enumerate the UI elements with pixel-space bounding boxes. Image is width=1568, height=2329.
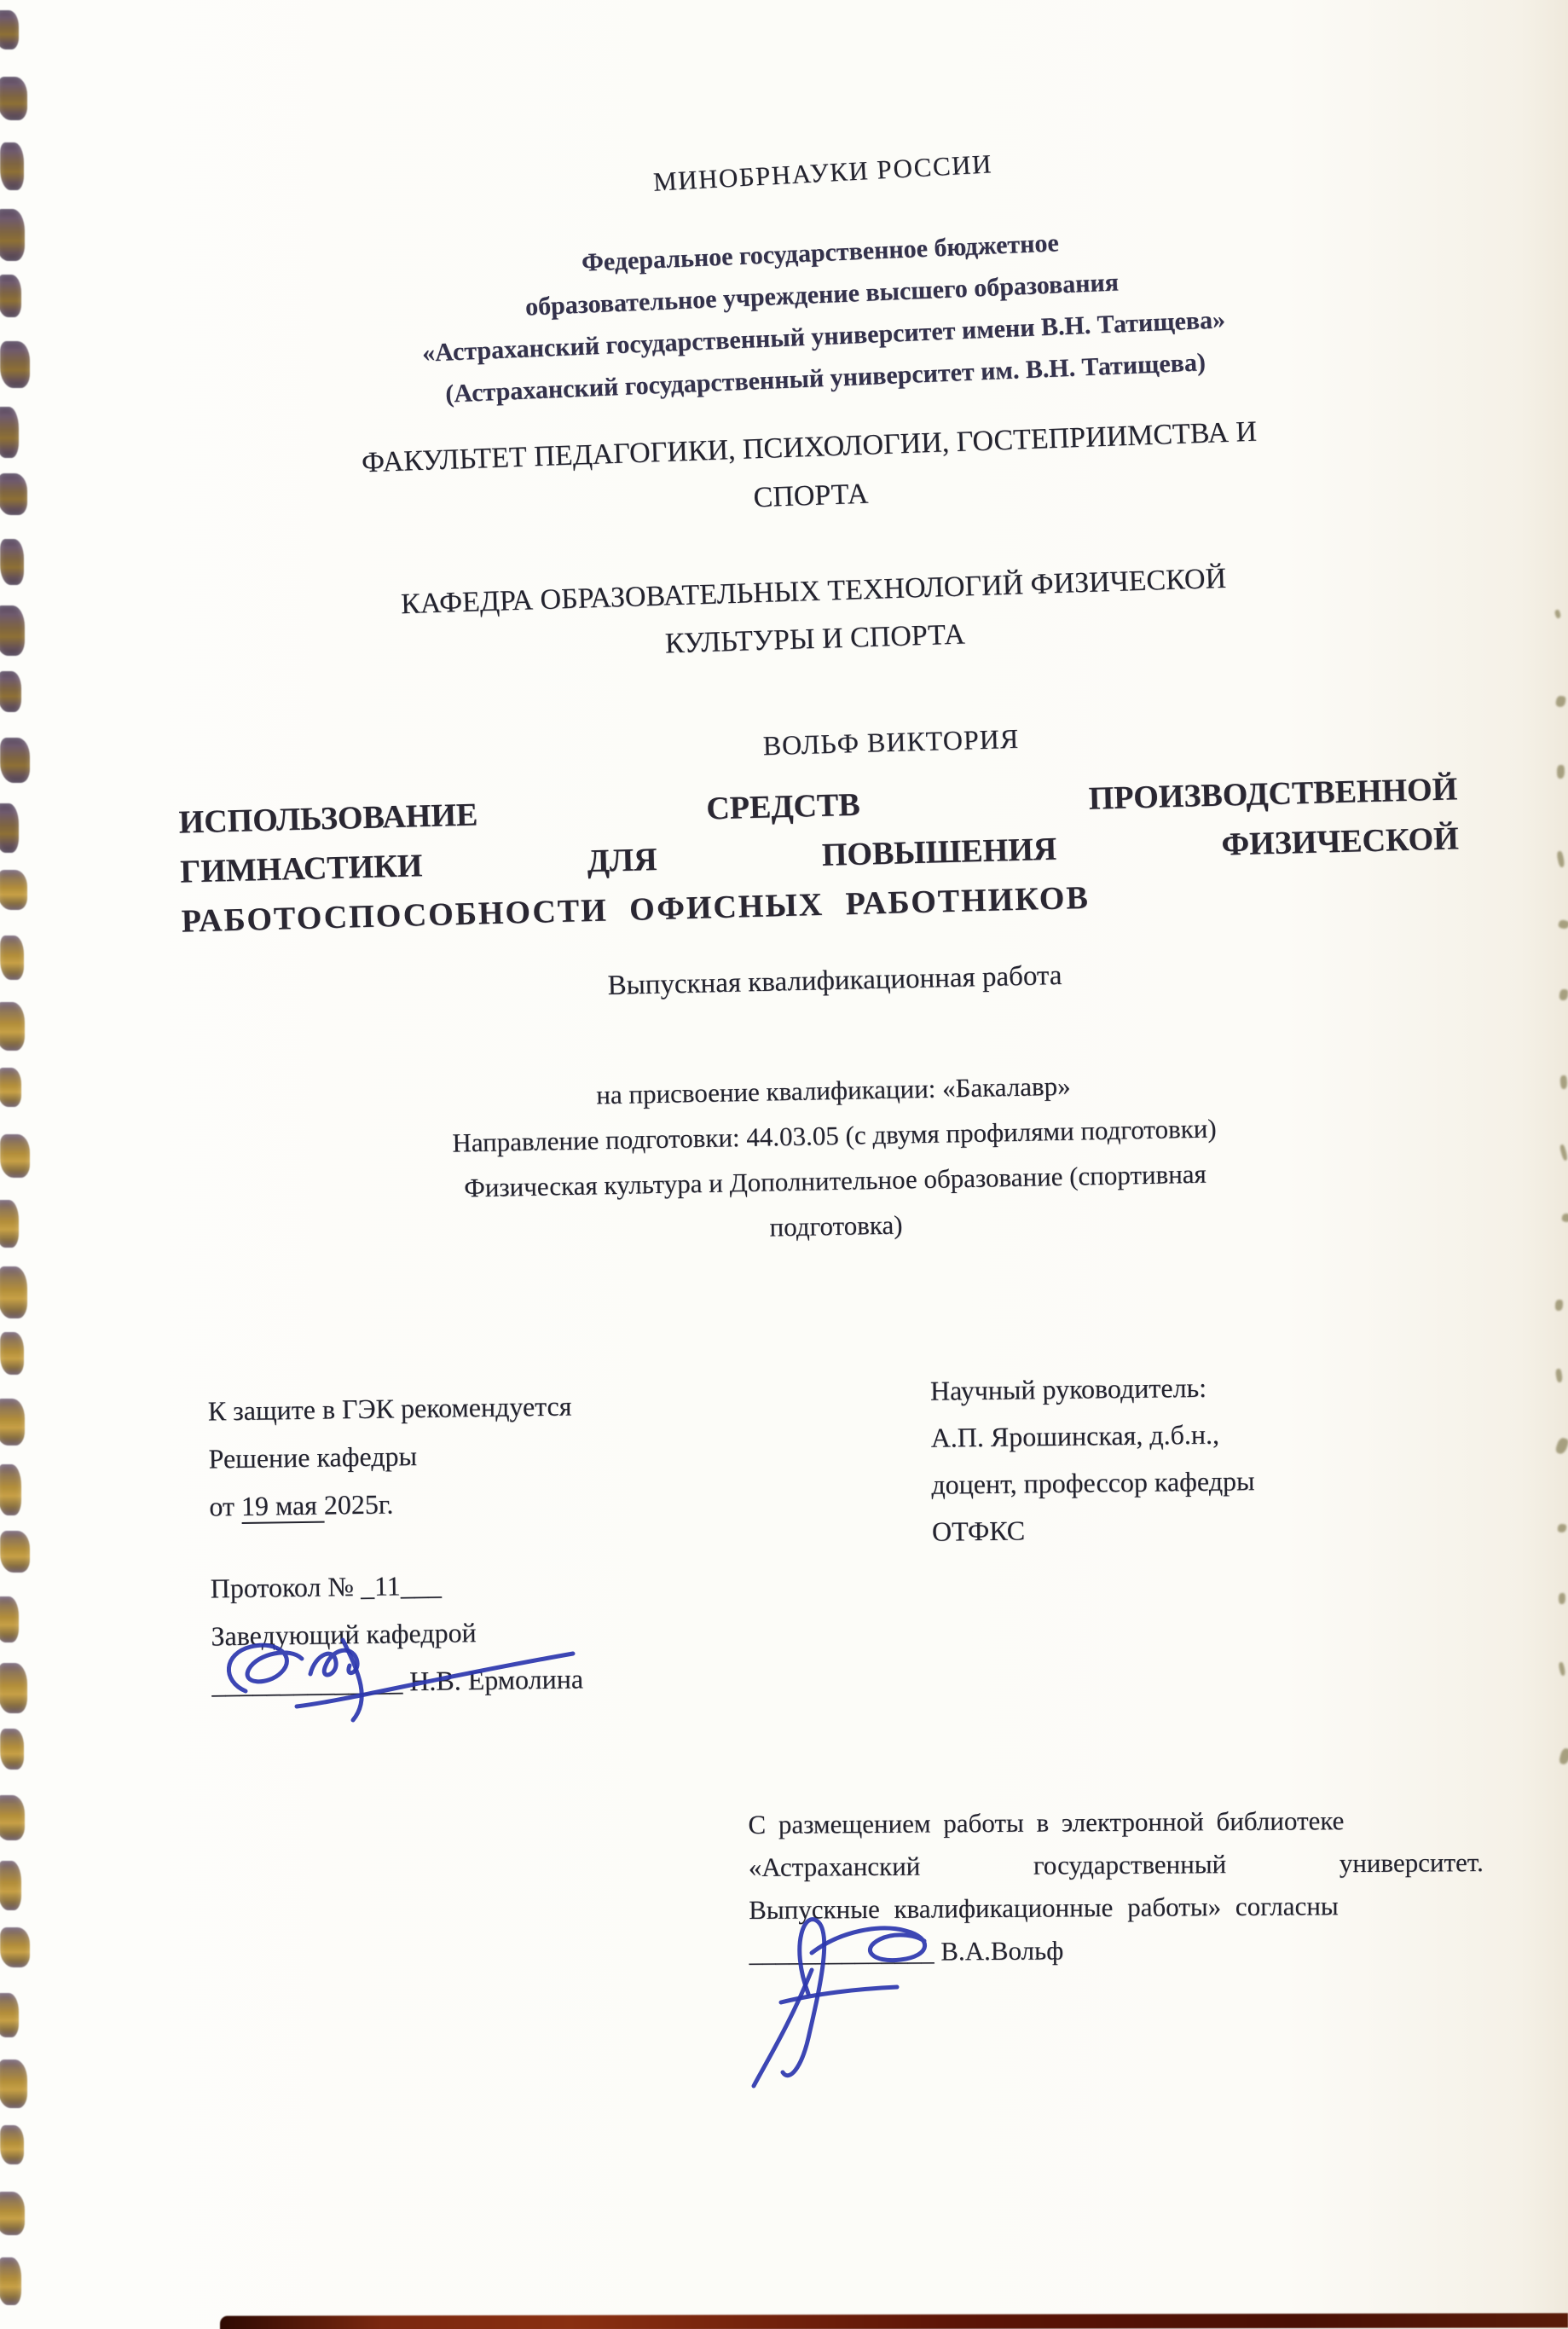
title-word: ИСПОЛЬЗОВАНИЕ xyxy=(178,790,478,847)
signature-underline: ______________ xyxy=(211,1666,402,1699)
binding-hole xyxy=(0,605,25,656)
binding-hole xyxy=(0,407,19,458)
binding-hole xyxy=(0,671,21,712)
defense-line-1: К защите в ГЭК рекомендуется xyxy=(207,1380,754,1435)
bleed-text-fragment xyxy=(1559,1075,1568,1090)
consent-sign-line: ______________ В.А.Вольф xyxy=(749,1926,1484,1974)
binding-hole xyxy=(0,1200,19,1248)
date-value: 19 мая xyxy=(241,1490,324,1524)
advisor-line-3: доцент, профессор кафедры xyxy=(931,1455,1461,1509)
bleed-text-fragment xyxy=(1557,1523,1566,1532)
defense-block: К защите в ГЭК рекомендуется Решение каф… xyxy=(207,1380,757,1708)
bleed-text-fragment xyxy=(1559,1144,1568,1162)
binding-hole xyxy=(0,209,25,261)
bleed-text-fragment xyxy=(1561,1213,1568,1223)
bleed-text-fragment xyxy=(1556,850,1565,867)
protocol-label: Протокол № xyxy=(210,1571,361,1603)
binding-hole xyxy=(0,1596,19,1642)
consent-line-3: Выпускные квалификационные работы» согла… xyxy=(749,1884,1484,1932)
binding-hole xyxy=(0,1861,21,1910)
bleed-text-fragment xyxy=(1559,1747,1568,1765)
consent-line-1: С размещением работы в электронной библи… xyxy=(748,1799,1483,1846)
date-suffix: 2025г. xyxy=(324,1488,394,1520)
department-head-name: Н.В. Ермолина xyxy=(402,1663,583,1696)
binding-hole xyxy=(0,2125,24,2164)
department-head-role: Заведующий кафедрой xyxy=(211,1605,757,1660)
binding-hole xyxy=(0,870,27,910)
binding-hole xyxy=(0,539,24,585)
bleed-text-fragment xyxy=(1558,1662,1566,1677)
title-word: ФИЗИЧЕСКОЙ xyxy=(1221,814,1460,869)
consent-block: С размещением работы в электронной библи… xyxy=(748,1799,1484,1974)
bleed-text-fragment xyxy=(1555,695,1566,708)
date-prefix: от xyxy=(209,1491,241,1522)
binding-hole xyxy=(0,142,24,190)
binding-hole xyxy=(0,1531,30,1573)
binding-hole xyxy=(0,341,30,388)
advisor-line-4: ОТФКС xyxy=(932,1502,1461,1556)
department-block: КАФЕДРА ОБРАЗОВАТЕЛЬНЫХ ТЕХНОЛОГИЙ ФИЗИЧ… xyxy=(93,545,1536,686)
title-word: ДЛЯ xyxy=(587,835,657,886)
binding-hole xyxy=(0,1068,21,1107)
department-head-sign-line: ______________ Н.В. Ермолина xyxy=(211,1653,758,1708)
consent-line-2: «Астраханский государственный университе… xyxy=(749,1841,1484,1889)
binding-hole xyxy=(0,1002,25,1051)
signature-underline: ______________ xyxy=(749,1936,934,1967)
advisor-line-1: Научный руководитель: xyxy=(930,1361,1460,1415)
binding-hole xyxy=(0,936,24,980)
work-type-line: Выпускная квалификационная работа xyxy=(128,949,1542,1013)
title-word: ГИМНАСТИКИ xyxy=(179,841,423,896)
bleed-text-fragment xyxy=(1558,919,1568,930)
qualification-block: на присвоение квалификации: «Бакалавр» Н… xyxy=(126,1054,1543,1262)
binding-hole xyxy=(0,1663,27,1713)
consent-word: государственный xyxy=(1033,1843,1227,1887)
binding-hole xyxy=(0,738,30,783)
binding-hole xyxy=(0,473,27,515)
bleed-text-fragment xyxy=(1559,989,1568,1001)
consent-word: университет. xyxy=(1339,1841,1484,1885)
binding-hole xyxy=(0,2192,25,2235)
title-word: СРЕДСТВ xyxy=(706,780,861,834)
institution-block: Федеральное государственное бюджетное об… xyxy=(117,203,1530,429)
thesis-title: ИСПОЛЬЗОВАНИЕ СРЕДСТВ ПРОИЗВОДСТВЕННОЙ Г… xyxy=(178,764,1461,946)
bleed-text-fragment xyxy=(1559,1593,1566,1604)
binding-hole xyxy=(0,2060,27,2108)
advisor-block: Научный руководитель: А.П. Ярошинская, д… xyxy=(930,1361,1461,1556)
binding-hole xyxy=(0,1927,30,1967)
binding-hole xyxy=(0,10,19,49)
protocol-number: _11___ xyxy=(361,1570,442,1602)
binding-hole xyxy=(0,275,21,317)
advisor-line-2: А.П. Ярошинская, д.б.н., xyxy=(930,1408,1460,1462)
binding-hole xyxy=(0,1464,21,1515)
bleed-text-fragment xyxy=(1554,1437,1568,1456)
consent-signer-name: В.А.Вольф xyxy=(934,1935,1063,1966)
defense-date-line: от 19 мая 2025г. xyxy=(209,1475,755,1531)
title-word: ПОВЫШЕНИЯ xyxy=(821,825,1057,880)
binding-hole xyxy=(0,1729,24,1770)
binding-hole xyxy=(0,803,19,853)
binding-hole xyxy=(0,1993,19,2037)
bleed-text-fragment xyxy=(1557,765,1565,779)
binding-hole xyxy=(0,1134,30,1178)
bleed-text-fragment xyxy=(1554,609,1561,618)
binding-hole xyxy=(0,1266,27,1318)
binding-hole xyxy=(0,1332,24,1375)
protocol-line: Протокол № _11___ xyxy=(210,1557,756,1613)
consent-word: «Астраханский xyxy=(749,1845,921,1889)
binding-hole xyxy=(0,77,27,120)
bottom-edge-shadow xyxy=(220,2313,1568,2329)
bleed-text-fragment xyxy=(1555,1300,1563,1311)
scanned-thesis-title-page: МИНОБРНАУКИ РОССИИ Федеральное государст… xyxy=(0,0,1568,2329)
binding-hole xyxy=(0,1399,25,1445)
binding-hole xyxy=(0,1795,25,1840)
bleed-text-fragment xyxy=(1555,1369,1564,1383)
defense-line-2: Решение кафедры xyxy=(208,1428,755,1483)
binding-hole xyxy=(0,2257,21,2305)
